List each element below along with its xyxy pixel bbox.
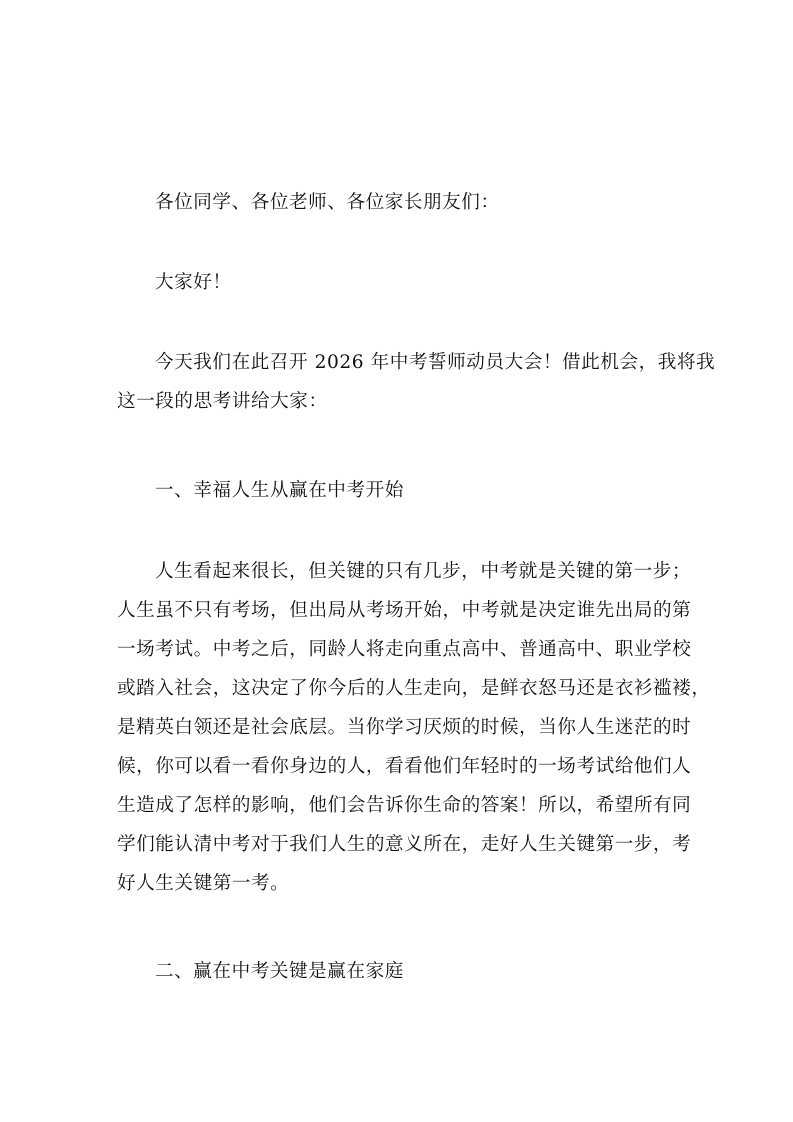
- section1-line-5: 是精英白领还是社会底层。当你学习厌烦的时候，当你人生迷茫的时: [117, 717, 676, 739]
- section1-line-2: 人生虽不只有考场，但出局从考场开始，中考就是决定谁先出局的第: [117, 600, 676, 622]
- greeting-line: 各位同学、各位老师、各位家长朋友们：: [155, 192, 725, 214]
- section1-line-7: 生造成了怎样的影响，他们会告诉你生命的答案！所以，希望所有同: [117, 795, 676, 817]
- section1-line-8: 学们能认清中考对于我们人生的意义所在，走好人生关键第一步，考: [117, 834, 676, 856]
- section1-line-9: 好人生关键第一考。: [117, 873, 687, 895]
- intro-line-2: 这一段的思考讲给大家：: [117, 391, 687, 413]
- section1-line-1: 人生看起来很长，但关键的只有几步，中考就是关键的第一步；: [155, 561, 725, 583]
- section1-line-6: 候，你可以看一看你身边的人，看看他们年轻时的一场考试给他们人: [117, 756, 676, 778]
- section1-line-4: 或踏入社会，这决定了你今后的人生走向，是鲜衣怒马还是衣衫褴褛，: [117, 678, 676, 700]
- section1-heading: 一、幸福人生从赢在中考开始: [155, 480, 725, 502]
- section2-heading: 二、赢在中考关键是赢在家庭: [155, 961, 725, 983]
- hello-line: 大家好！: [155, 272, 725, 294]
- document-page: 各位同学、各位老师、各位家长朋友们： 大家好！ 今天我们在此召开 2026 年中…: [0, 0, 793, 1122]
- intro-line-1: 今天我们在此召开 2026 年中考誓师动员大会！借此机会，我将我: [155, 352, 725, 374]
- section1-line-3: 一场考试。中考之后，同龄人将走向重点高中、普通高中、职业学校: [117, 639, 676, 661]
